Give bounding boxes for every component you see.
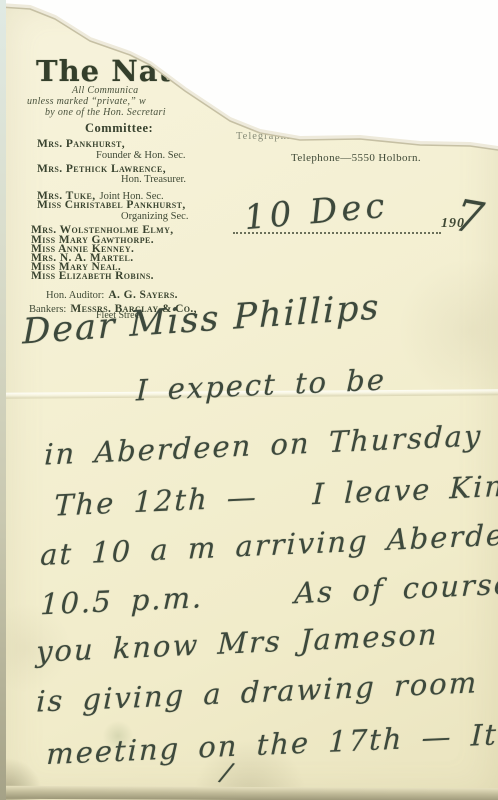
scan-left-edge: [0, 0, 6, 800]
paper-bottom-edge: [0, 786, 498, 800]
torn-edge: [0, 0, 498, 170]
committee-member-role: Hon. Treasurer.: [121, 174, 186, 185]
committee-member-role: Organizing Sec.: [121, 211, 188, 222]
scanned-letter: The Nat All Communica unless marked “pri…: [0, 0, 498, 800]
committee-member-name: Miss Christabel Pankhurst,: [37, 199, 186, 211]
committee-member-name: Miss Elizabeth Robins.: [31, 270, 154, 282]
